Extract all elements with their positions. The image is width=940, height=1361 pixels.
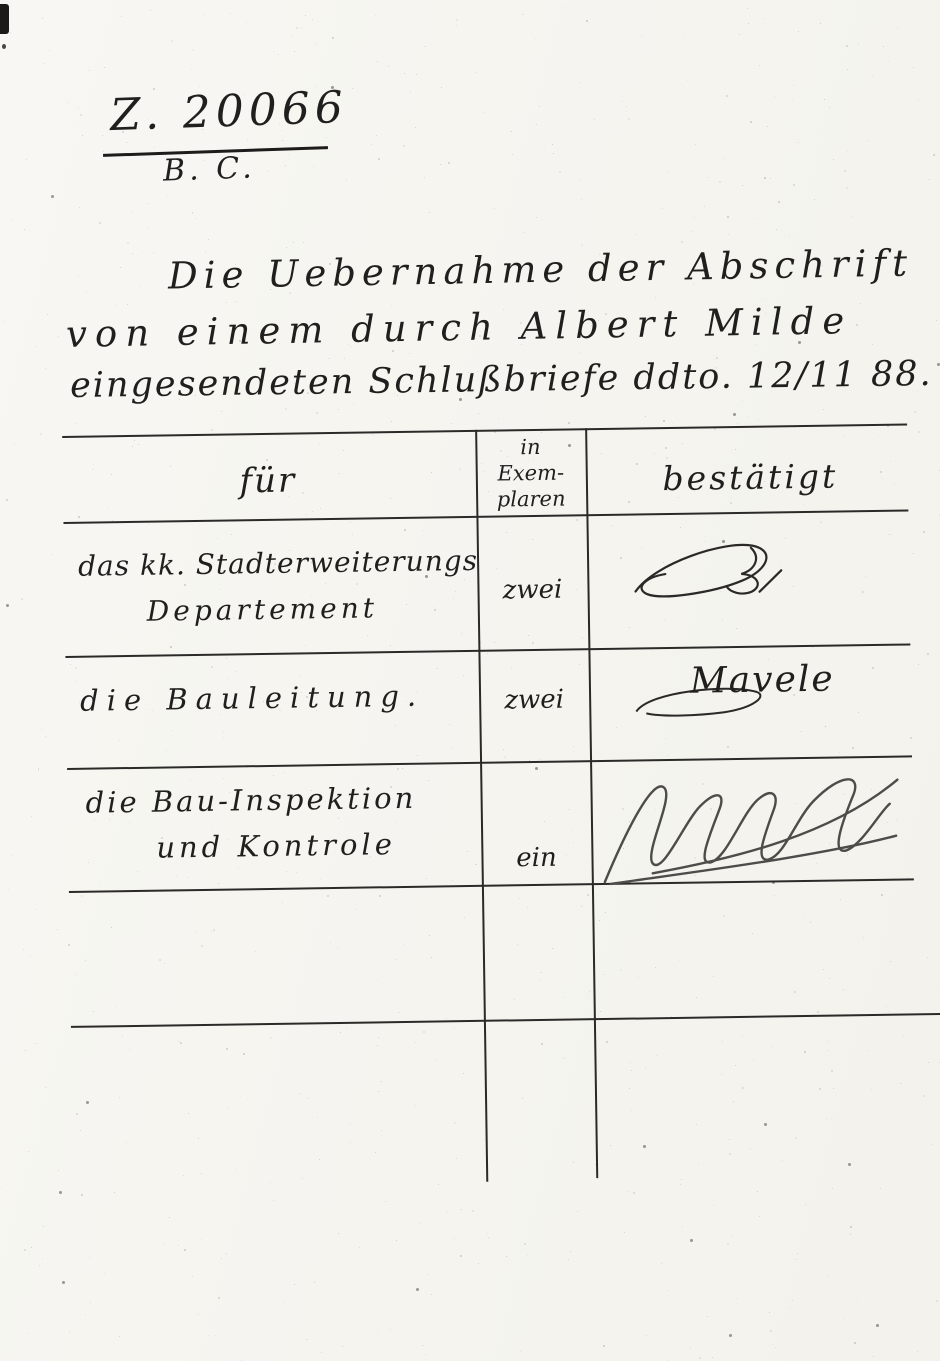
scan-edge-mark [0, 4, 9, 34]
header-confirmed: bestätigt [618, 456, 884, 499]
row1-recipient-line-1: das kk. Stadterweiterungs [78, 544, 478, 583]
reference-number: Z. 20066 [109, 82, 348, 141]
row3-recipient-line-2: und Kontrole [156, 827, 396, 865]
header-copies-line-1: in [475, 434, 585, 460]
row1-signature-paraph [629, 537, 790, 605]
row3-recipient-line-1: die Bau-Inspektion [85, 781, 416, 820]
row2-recipient-line-1: die Bauleitung. [80, 679, 424, 718]
scanned-paper-sheet: Z. 20066 B. C. Die Uebernahme der Abschr… [0, 0, 940, 1361]
row2-signature: Mavele [632, 658, 873, 732]
header-copies-line-2: Exem- [476, 460, 586, 486]
distribution-table: für in Exem- plaren bestätigt das kk. St… [62, 411, 940, 1214]
row2-signature-name: Mavele [690, 659, 835, 702]
scan-edge-dot [2, 44, 6, 49]
row1-copies: zwei [477, 574, 587, 606]
row3-copies: ein [481, 842, 591, 874]
row3-signature-scrawl [595, 760, 907, 890]
reference-office: B. C. [162, 150, 256, 188]
row4-empty-cell [69, 879, 916, 1025]
header-recipient: für [183, 460, 354, 503]
table-rule-vertical-left [475, 430, 488, 1182]
intro-line-3: eingesendeten Schlußbriefe ddto. 12/11 8… [70, 354, 933, 406]
intro-line-2: von einem durch Albert Milde [66, 299, 853, 356]
row2-copies: zwei [479, 684, 589, 716]
header-copies-line-3: plaren [476, 486, 586, 512]
table-rule-row1-bottom [65, 643, 910, 658]
intro-line-1: Die Uebernahme der Abschrift [168, 242, 914, 298]
row1-recipient-line-2: Departement [147, 591, 379, 627]
